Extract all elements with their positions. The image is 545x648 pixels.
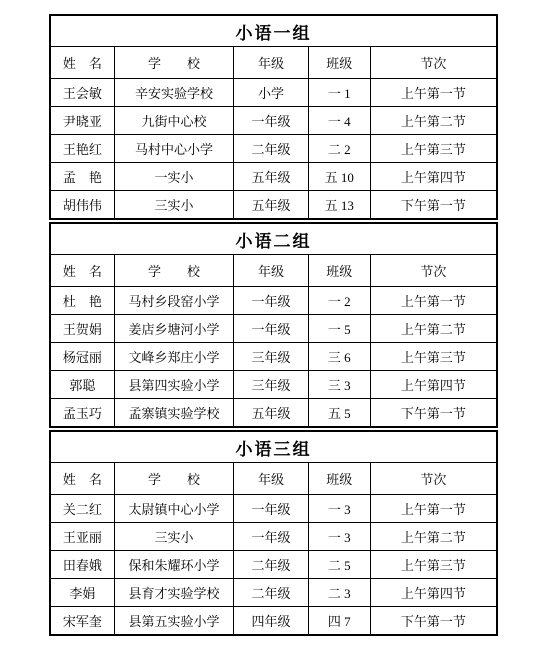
cell-class: 五 10 — [308, 163, 370, 191]
cell-name: 杨冠丽 — [50, 343, 114, 371]
cell-period: 下午第一节 — [370, 191, 497, 220]
cell-period: 下午第一节 — [370, 607, 497, 636]
cell-name: 尹晓亚 — [50, 107, 114, 135]
cell-period: 上午第二节 — [370, 315, 497, 343]
cell-school: 三实小 — [114, 191, 234, 220]
table-row: 宋军奎县第五实验小学四年级四 7下午第一节 — [50, 607, 497, 636]
schedule-table: 小语一组 姓 名学 校年级班级节次 王会敏辛安实验学校小学一 1上午第一节尹晓亚… — [49, 14, 498, 220]
column-header-class: 班级 — [308, 47, 370, 79]
cell-school: 文峰乡郑庄小学 — [114, 343, 234, 371]
cell-grade: 一年级 — [234, 315, 308, 343]
table-row: 胡伟伟三实小五年级五 13下午第一节 — [50, 191, 497, 220]
table-row: 孟 艳一实小五年级五 10上午第四节 — [50, 163, 497, 191]
column-header-grade: 年级 — [234, 463, 308, 495]
cell-school: 孟寨镇实验学校 — [114, 399, 234, 428]
column-header-class: 班级 — [308, 463, 370, 495]
schedule-table: 小语三组 姓 名学 校年级班级节次 关二红太尉镇中心小学一年级一 3上午第一节王… — [49, 430, 498, 636]
cell-school: 县第四实验小学 — [114, 371, 234, 399]
cell-grade: 一年级 — [234, 495, 308, 523]
cell-period: 上午第二节 — [370, 523, 497, 551]
table-row: 王艳红马村中心小学二年级二 2上午第三节 — [50, 135, 497, 163]
schedule-tables-container: 小语一组 姓 名学 校年级班级节次 王会敏辛安实验学校小学一 1上午第一节尹晓亚… — [49, 14, 498, 636]
cell-period: 下午第一节 — [370, 399, 497, 428]
cell-class: 一 5 — [308, 315, 370, 343]
cell-grade: 三年级 — [234, 343, 308, 371]
cell-school: 县育才实验学校 — [114, 579, 234, 607]
cell-school: 县第五实验小学 — [114, 607, 234, 636]
table-title: 小语一组 — [50, 15, 497, 47]
cell-name: 宋军奎 — [50, 607, 114, 636]
cell-class: 一 1 — [308, 79, 370, 107]
cell-grade: 二年级 — [234, 579, 308, 607]
cell-school: 太尉镇中心小学 — [114, 495, 234, 523]
cell-name: 王艳红 — [50, 135, 114, 163]
cell-grade: 一年级 — [234, 107, 308, 135]
cell-school: 九街中心校 — [114, 107, 234, 135]
column-header-period: 节次 — [370, 255, 497, 287]
cell-grade: 一年级 — [234, 287, 308, 315]
cell-grade: 二年级 — [234, 135, 308, 163]
cell-name: 关二红 — [50, 495, 114, 523]
cell-name: 郭聪 — [50, 371, 114, 399]
cell-school: 马村中心小学 — [114, 135, 234, 163]
table-body: 王会敏辛安实验学校小学一 1上午第一节尹晓亚九街中心校一年级一 4上午第二节王艳… — [50, 79, 497, 220]
table-title-row: 小语一组 — [50, 15, 497, 47]
table-header-row: 姓 名学 校年级班级节次 — [50, 47, 497, 79]
cell-class: 四 7 — [308, 607, 370, 636]
document-page: 小语一组 姓 名学 校年级班级节次 王会敏辛安实验学校小学一 1上午第一节尹晓亚… — [0, 0, 545, 648]
cell-class: 一 3 — [308, 523, 370, 551]
column-header-period: 节次 — [370, 463, 497, 495]
column-header-grade: 年级 — [234, 255, 308, 287]
table-header-row: 姓 名学 校年级班级节次 — [50, 463, 497, 495]
cell-name: 杜 艳 — [50, 287, 114, 315]
cell-class: 三 6 — [308, 343, 370, 371]
cell-class: 五 5 — [308, 399, 370, 428]
cell-period: 上午第三节 — [370, 343, 497, 371]
table-row: 关二红太尉镇中心小学一年级一 3上午第一节 — [50, 495, 497, 523]
cell-name: 李娟 — [50, 579, 114, 607]
table-row: 郭聪县第四实验小学三年级三 3上午第四节 — [50, 371, 497, 399]
cell-grade: 四年级 — [234, 607, 308, 636]
cell-name: 王亚丽 — [50, 523, 114, 551]
table-row: 杜 艳马村乡段窑小学一年级一 2上午第一节 — [50, 287, 497, 315]
cell-school: 三实小 — [114, 523, 234, 551]
cell-grade: 一年级 — [234, 523, 308, 551]
cell-period: 上午第二节 — [370, 107, 497, 135]
table-title: 小语二组 — [50, 223, 497, 255]
cell-name: 田春娥 — [50, 551, 114, 579]
column-header-name: 姓 名 — [50, 47, 114, 79]
cell-period: 上午第四节 — [370, 579, 497, 607]
cell-grade: 二年级 — [234, 551, 308, 579]
cell-grade: 五年级 — [234, 191, 308, 220]
table-row: 王贺娟姜店乡塘河小学一年级一 5上午第二节 — [50, 315, 497, 343]
schedule-table: 小语二组 姓 名学 校年级班级节次 杜 艳马村乡段窑小学一年级一 2上午第一节王… — [49, 222, 498, 428]
cell-class: 五 13 — [308, 191, 370, 220]
table-title-row: 小语二组 — [50, 223, 497, 255]
cell-class: 二 2 — [308, 135, 370, 163]
cell-school: 一实小 — [114, 163, 234, 191]
column-header-school: 学 校 — [114, 47, 234, 79]
column-header-school: 学 校 — [114, 463, 234, 495]
cell-class: 二 3 — [308, 579, 370, 607]
cell-class: 一 2 — [308, 287, 370, 315]
cell-grade: 五年级 — [234, 399, 308, 428]
cell-class: 三 3 — [308, 371, 370, 399]
cell-period: 上午第四节 — [370, 163, 497, 191]
table-row: 孟玉巧孟寨镇实验学校五年级五 5下午第一节 — [50, 399, 497, 428]
cell-name: 孟 艳 — [50, 163, 114, 191]
cell-name: 胡伟伟 — [50, 191, 114, 220]
cell-grade: 三年级 — [234, 371, 308, 399]
cell-period: 上午第一节 — [370, 495, 497, 523]
cell-period: 上午第一节 — [370, 79, 497, 107]
cell-period: 上午第三节 — [370, 135, 497, 163]
cell-period: 上午第四节 — [370, 371, 497, 399]
table-body: 杜 艳马村乡段窑小学一年级一 2上午第一节王贺娟姜店乡塘河小学一年级一 5上午第… — [50, 287, 497, 428]
table-body: 关二红太尉镇中心小学一年级一 3上午第一节王亚丽三实小一年级一 3上午第二节田春… — [50, 495, 497, 636]
cell-class: 一 4 — [308, 107, 370, 135]
table-row: 王亚丽三实小一年级一 3上午第二节 — [50, 523, 497, 551]
table-header-row: 姓 名学 校年级班级节次 — [50, 255, 497, 287]
cell-name: 孟玉巧 — [50, 399, 114, 428]
table-row: 杨冠丽文峰乡郑庄小学三年级三 6上午第三节 — [50, 343, 497, 371]
column-header-grade: 年级 — [234, 47, 308, 79]
table-title-row: 小语三组 — [50, 431, 497, 463]
cell-period: 上午第三节 — [370, 551, 497, 579]
table-row: 王会敏辛安实验学校小学一 1上午第一节 — [50, 79, 497, 107]
cell-school: 姜店乡塘河小学 — [114, 315, 234, 343]
cell-grade: 五年级 — [234, 163, 308, 191]
cell-period: 上午第一节 — [370, 287, 497, 315]
table-row: 李娟县育才实验学校二年级二 3上午第四节 — [50, 579, 497, 607]
cell-grade: 小学 — [234, 79, 308, 107]
column-header-period: 节次 — [370, 47, 497, 79]
table-row: 尹晓亚九街中心校一年级一 4上午第二节 — [50, 107, 497, 135]
cell-name: 王会敏 — [50, 79, 114, 107]
column-header-class: 班级 — [308, 255, 370, 287]
column-header-school: 学 校 — [114, 255, 234, 287]
cell-school: 保和朱耀环小学 — [114, 551, 234, 579]
table-row: 田春娥保和朱耀环小学二年级二 5上午第三节 — [50, 551, 497, 579]
table-title: 小语三组 — [50, 431, 497, 463]
column-header-name: 姓 名 — [50, 255, 114, 287]
cell-class: 二 5 — [308, 551, 370, 579]
cell-school: 马村乡段窑小学 — [114, 287, 234, 315]
cell-name: 王贺娟 — [50, 315, 114, 343]
column-header-name: 姓 名 — [50, 463, 114, 495]
cell-school: 辛安实验学校 — [114, 79, 234, 107]
cell-class: 一 3 — [308, 495, 370, 523]
